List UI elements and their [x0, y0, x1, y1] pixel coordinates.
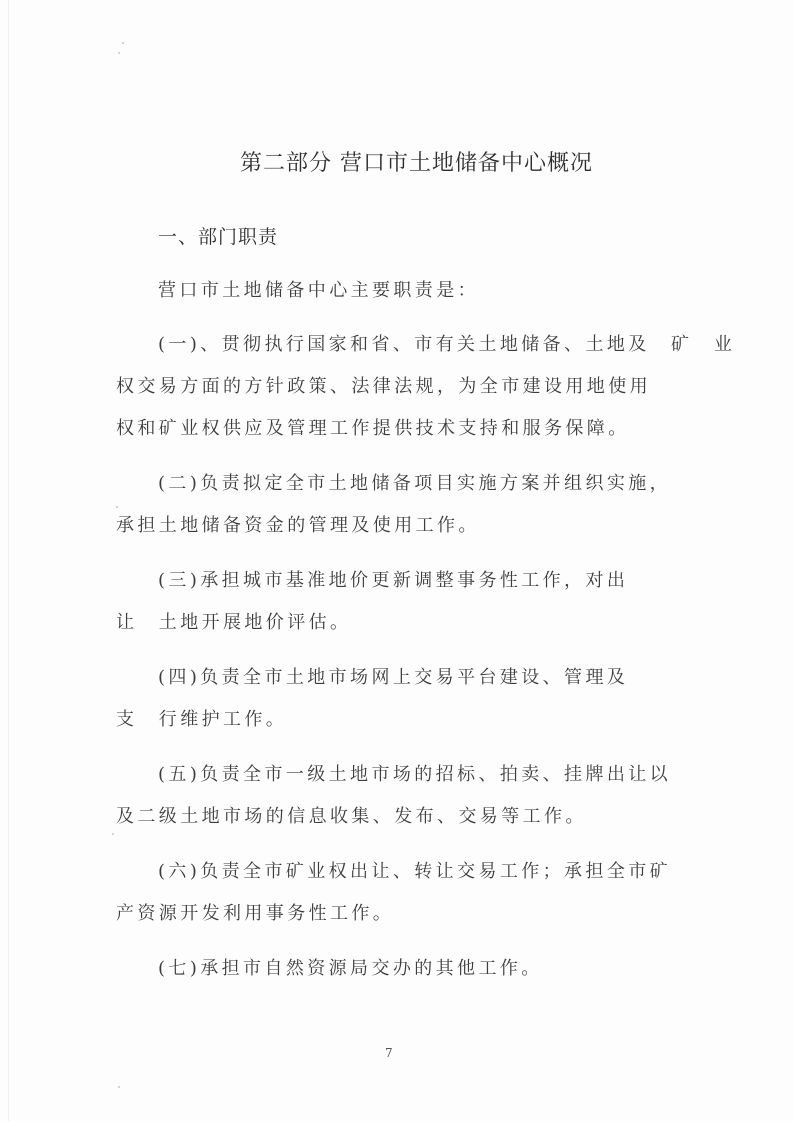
- scan-speck: [112, 833, 114, 835]
- duty-item-7-line-1: (七)承担市自然资源局交办的其他工作。: [158, 954, 543, 980]
- duty-item-2-line-1: (二)负责拟定全市土地储备项目实施方案并组织实施，: [158, 469, 671, 495]
- page-title: 第二部分 营口市土地储备中心概况: [0, 146, 793, 177]
- section-heading: 一、部门职责: [158, 222, 278, 249]
- scan-speck: [122, 42, 124, 44]
- scan-speck: [118, 1086, 120, 1088]
- duty-item-5-line-2: 及二级土地市场的信息收集、发布、交易等工作。: [116, 802, 587, 828]
- scan-speck: [116, 506, 118, 508]
- intro-paragraph: 营口市土地储备中心主要职责是：: [158, 276, 479, 302]
- duty-item-3-line-1: (三)承担城市基准地价更新调整事务性工作，对出: [158, 566, 628, 592]
- duty-item-4-line-2: 支 行维护工作。: [116, 705, 287, 731]
- page-number: 7: [385, 1046, 393, 1060]
- document-page: 第二部分 营口市土地储备中心概况 一、部门职责 营口市土地储备中心主要职责是： …: [0, 0, 793, 1121]
- duty-item-5-line-1: (五)负责全市一级土地市场的招标、拍卖、挂牌出让以: [158, 760, 671, 786]
- duty-item-4-line-1: (四)负责全市土地市场网上交易平台建设、管理及: [158, 663, 628, 689]
- duty-item-1-line-1: (一)、贯彻执行国家和省、市有关土地储备、土地及 矿 业: [158, 330, 735, 356]
- scan-speck: [118, 52, 120, 54]
- duty-item-2-line-2: 承担土地储备资金的管理及使用工作。: [116, 511, 480, 537]
- duty-item-6-line-1: (六)负责全市矿业权出让、转让交易工作；承担全市矿: [158, 857, 671, 883]
- duty-item-1-line-3: 权和矿业权供应及管理工作提供技术支持和服务保障。: [116, 414, 630, 440]
- duty-item-6-line-2: 产资源开发利用事务性工作。: [116, 899, 394, 925]
- duty-item-3-line-2: 让 土地开展地价评估。: [116, 608, 351, 634]
- duty-item-1-line-2: 权交易方面的方针政策、法律法规，为全市建设用地使用: [116, 372, 651, 398]
